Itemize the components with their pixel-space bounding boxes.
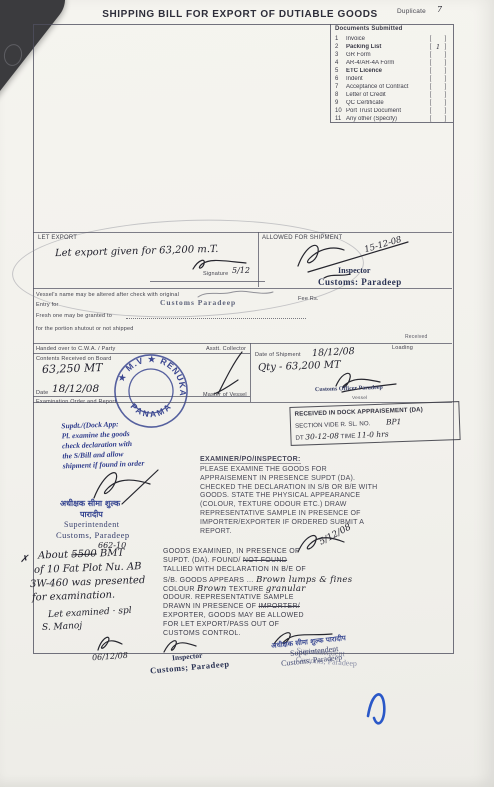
fresh-granted-line: Fresh one may be granted to	[36, 313, 112, 319]
doc-item-label: Port Trust Document	[346, 108, 427, 114]
form-line	[150, 281, 265, 282]
examiner-stamp-body: PLEASE EXAMINE THE GOODS FOR APPRAISEMEN…	[200, 466, 378, 536]
shipment-date-label: Date of Shipment	[255, 352, 301, 358]
doc-item-label: Invoice	[346, 36, 427, 42]
vessel-label: Vessel	[352, 396, 367, 401]
let-export-label: LET EXPORT	[38, 235, 77, 241]
amendment-line2: Entry for	[36, 302, 59, 308]
goods-stamp-line: GOODS EXAMINED, IN PRESENCE OF	[163, 548, 300, 555]
goods-stamp-text: DRAWN IN PRESENCE OF	[163, 603, 259, 610]
bracket: [	[427, 116, 434, 122]
doc-item-row: 11Any other (Specify)[]	[335, 115, 449, 123]
doc-item-label: GR Form	[346, 52, 427, 58]
goods-stamp-line: EXPORTER, GOODS MAY BE ALLOWED	[163, 612, 304, 619]
doc-item-label: QC Certificate	[346, 100, 427, 106]
date-value: 18/12/08	[52, 383, 99, 395]
bracket: ]	[442, 52, 449, 58]
customs-paradeep-stamp-overlay: Customs Paradeep	[160, 298, 236, 307]
dock-stamp-time-value: 11-0 hrs	[357, 430, 389, 440]
copy-label: Duplicate	[397, 8, 426, 15]
dotted-fill-line	[126, 318, 306, 319]
doc-item-row: 6Indent[]	[335, 75, 449, 83]
goods-stamp-line: ODOUR. REPRESENTATIVE SAMPLE	[163, 594, 294, 601]
dock-stamp-line2-label: SECTION VIDE R. SL. NO.	[295, 420, 370, 430]
shipment-date-value: 18/12/08	[312, 346, 355, 359]
goods-stamp-line: TALLIED WITH DECLARATION IN B/E OF	[163, 566, 306, 573]
doc-item-label: ETC Licence	[346, 68, 427, 74]
goods-stamp-struck: IMPORTER/	[259, 603, 300, 610]
margin-mark: ✗	[20, 554, 28, 565]
bracket: [	[427, 100, 434, 106]
bracket: ]	[442, 68, 449, 74]
bracket: [	[427, 108, 434, 114]
form-line	[258, 232, 259, 287]
doc-item-row: 1Invoice[]	[335, 35, 449, 43]
goods-stamp-text: S/B. GOODS APPEARS …	[163, 577, 254, 584]
goods-stamp-line: FOR LET EXPORT/PASS OUT OF	[163, 621, 279, 628]
blue-pen-checkmark	[358, 682, 403, 734]
dock-appraisement-stamp: RECEIVED IN DOCK APPRAISEMENT (DA) SECTI…	[289, 401, 460, 446]
bracket: [	[427, 68, 434, 74]
supdt-hindi-stamp-line1: अधीक्षक सीमा शुल्क	[60, 498, 120, 509]
bracket: [	[427, 84, 434, 90]
bracket: ]	[442, 84, 449, 90]
doc-item-row: 9QC Certificate[]	[335, 99, 449, 107]
documents-submitted-box: Documents Submitted 1Invoice[] 2Packing …	[330, 24, 453, 123]
corner-hand-mark: 7	[437, 5, 442, 14]
goods-stamp-struck: NOT FOUND	[243, 557, 287, 564]
doc-item-num: 11	[335, 116, 346, 122]
bracket: [	[427, 76, 434, 82]
portion-line: for the portion shutout or not shipped	[36, 326, 134, 332]
page-title: SHIPPING BILL FOR EXPORT OF DUTIABLE GOO…	[90, 9, 390, 20]
scanned-shipping-bill-page: SHIPPING BILL FOR EXPORT OF DUTIABLE GOO…	[0, 0, 494, 787]
doc-item-row: 10Port Trust Document[]	[335, 107, 449, 115]
bracket: ]	[442, 100, 449, 106]
bracket: ]	[442, 76, 449, 82]
hand-note-text: About	[38, 549, 68, 561]
doc-item-num: 5	[335, 68, 346, 74]
doc-item-label: Packing List	[346, 44, 427, 50]
fee-label: Fee Rs.	[298, 296, 319, 302]
bracket: [	[427, 92, 434, 98]
bracket: ]	[442, 116, 449, 122]
amendment-line1: Vessel's name may be altered after check…	[36, 292, 179, 298]
hand-note-line6: S. Manoj	[42, 621, 83, 633]
hand-note-struck: 5500	[71, 548, 97, 560]
dock-stamp-serial-value: BP1	[386, 417, 402, 427]
doc-item-num: 8	[335, 92, 346, 98]
doc-item-num: 2	[335, 44, 346, 50]
bracket: ]	[442, 60, 449, 66]
bracket: [	[427, 52, 434, 58]
dock-stamp-dt-label: DT	[295, 435, 303, 442]
dock-stamp-line3: DT 30-12-08 TIME 11-0 hrs	[295, 427, 455, 442]
master-of-vessel-label: Master of Vessel	[203, 392, 247, 398]
supdt-hindi-stamp-line2: पारादीप	[80, 509, 103, 520]
goods-stamp-text: TEXTURE	[229, 586, 264, 593]
doc-item-label: Indent	[346, 76, 427, 82]
dock-stamp-dt-value: 30-12-08	[305, 431, 339, 441]
goods-stamp-text: COLOUR	[163, 586, 195, 593]
examiner-stamp-heading: EXAMINER/PO/INSPECTOR:	[200, 456, 301, 464]
doc-item-num: 10	[335, 108, 346, 114]
goods-stamp-text: SUPDT. (DA). FOUND/	[163, 557, 241, 564]
doc-item-label: Letter of Credit	[346, 92, 427, 98]
signature-squiggle	[190, 255, 250, 273]
bracket: ]	[442, 108, 449, 114]
hand-note-sign-date: 06/12/08	[92, 651, 128, 662]
documents-submitted-heading: Documents Submitted	[335, 26, 402, 32]
bracket: [	[427, 44, 434, 50]
doc-item-row: 8Letter of Credit[]	[335, 91, 449, 99]
doc-item-row: 5ETC Licence[]	[335, 67, 449, 75]
bracket: [	[427, 36, 434, 42]
received-label: Received	[405, 334, 427, 340]
doc-item-num: 6	[335, 76, 346, 82]
bracket: ]	[442, 92, 449, 98]
goods-stamp-handwriting: granular	[266, 584, 306, 594]
supdt-en-stamp-line1: Superintendent	[64, 520, 119, 529]
doc-item-row: 2Packing List[1]	[335, 43, 449, 51]
goods-stamp-line: COLOUR Brown TEXTURE granular	[163, 584, 306, 594]
doc-item-num: 1	[335, 36, 346, 42]
bracket: ]	[442, 44, 449, 50]
doc-item-label: Any other (Specify)	[346, 116, 427, 122]
goods-stamp-line: SUPDT. (DA). FOUND/ NOT FOUND	[163, 557, 287, 564]
doc-item-row: 4AR-4/AR-4A Form[]	[335, 59, 449, 67]
loading-label: Loading	[392, 345, 413, 351]
doc-item-row: 3GR Form[]	[335, 51, 449, 59]
contents-received-value: 63,250 MT	[42, 361, 103, 376]
doc-item-num: 4	[335, 60, 346, 66]
doc-item-label: Acceptance of Contract	[346, 84, 427, 90]
doc-item-mark: 1	[434, 44, 442, 51]
goods-stamp-line: DRAWN IN PRESENCE OF IMPORTER/	[163, 603, 300, 610]
supdt-en-stamp-line2: Customs, Paradeep	[56, 530, 130, 540]
form-line	[33, 343, 452, 344]
form-line	[33, 232, 452, 233]
doc-item-num: 3	[335, 52, 346, 58]
dock-stamp-time-label: TIME	[341, 433, 356, 441]
goods-stamp-handwriting: Brown	[197, 584, 227, 594]
handed-over-label: Handed over to C.W.A. / Party	[36, 346, 115, 352]
bracket: [	[427, 60, 434, 66]
bracket: ]	[442, 36, 449, 42]
bottom-inspector-stamp-line2: Customs; Paradeep	[150, 659, 230, 676]
hand-note-text: BMT	[100, 547, 125, 559]
doc-item-num: 7	[335, 84, 346, 90]
doc-item-label: AR-4/AR-4A Form	[346, 60, 427, 66]
doc-item-num: 9	[335, 100, 346, 106]
asst-collector-signature	[208, 350, 254, 396]
stamp-underline-squiggle	[322, 272, 352, 280]
doc-item-row: 7Acceptance of Contract[]	[335, 83, 449, 91]
